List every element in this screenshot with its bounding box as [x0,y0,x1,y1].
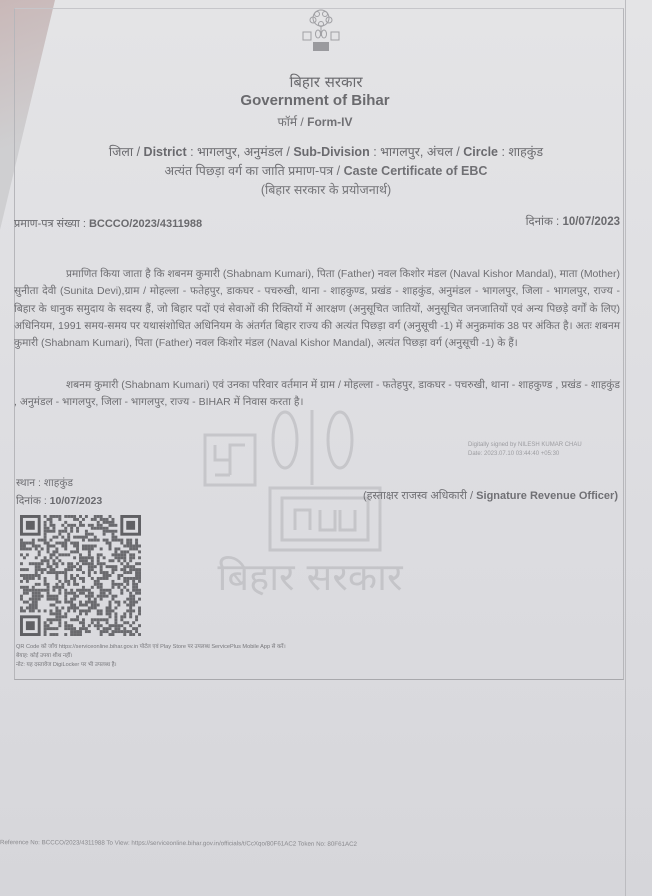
certificate-title-english: Caste Certificate of EBC [344,164,488,178]
form-label-english: Form-IV [307,115,352,129]
signature-caption-english: Signature Revenue Officer) [476,490,618,502]
qr-code-icon[interactable] [20,515,141,636]
qr-note-fee: बेयाह: कोई उपया शीथ नहीं। [16,652,286,661]
bihar-govt-emblem-icon [291,8,351,54]
watermark-text: बिहार सरकार [218,555,404,599]
qr-note-digilocker: नोट: यह दस्तावेज DigiLocker पर भी उपलब्ध… [16,661,286,670]
qr-note-verify: QR Code को जाँच https://serviceonline.bi… [16,643,286,652]
issue-date-value: 10/07/2023 [562,216,620,228]
signature-caption-hindi: (हस्ताक्षर राजस्व अधिकारी / [363,490,473,502]
district-label: District [144,145,187,159]
certification-paragraph: प्रमाणित किया जाता है कि शबनम कुमारी (Sh… [14,266,620,352]
circle-label: Circle [463,145,498,159]
certificate-number-label: प्रमाण-पत्र संख्या : [14,218,86,230]
certificate-number-value: BCCCO/2023/4311988 [89,218,202,230]
digital-signature-signer: Digitally signed by NILESH KUMAR CHAU [468,441,582,450]
certificate-number: प्रमाण-पत्र संख्या : BCCCO/2023/4311988 [14,216,202,231]
district-line: जिला / District : भागलपुर, अनुमंडल / Sub… [0,143,652,160]
bihar-watermark-emblem-icon: बिहार सरकार [190,410,430,600]
residence-paragraph: शबनम कुमारी (Shabnam Kumari) एवं उनका पर… [14,377,620,412]
circle-value: : शाहकुंड [501,145,543,159]
footer-date-label: दिनांक : [16,495,47,507]
place-value: शाहकुंड [44,477,73,489]
signature-caption: (हस्ताक्षर राजस्व अधिकारी / Signature Re… [363,488,618,503]
issue-date: दिनांक : 10/07/2023 [526,214,620,229]
header-title-english: Government of Bihar [0,92,630,109]
place-label: स्थान : [16,477,41,489]
form-number: फॉर्म / Form-IV [0,113,630,130]
footer-date-field: दिनांक : 10/07/2023 [16,494,102,508]
issue-date-label: दिनांक : [526,216,560,228]
certificate-title-hindi: अत्यंत पिछड़ा वर्ग का जाति प्रमाण-पत्र / [165,164,341,178]
qr-notes: QR Code को जाँच https://serviceonline.bi… [16,643,286,670]
place-field: स्थान : शाहकुंड [16,476,73,490]
paper-edge [625,0,626,896]
digital-signature-date: Date: 2023.07.10 03:44:40 +05:30 [468,450,582,459]
digital-signature-stamp: Digitally signed by NILESH KUMAR CHAU Da… [468,441,582,459]
district-label-hindi: जिला / [109,145,140,159]
certificate-title: अत्यंत पिछड़ा वर्ग का जाति प्रमाण-पत्र /… [0,162,652,179]
certificate-purpose: (बिहार सरकार के प्रयोजनार्थ) [0,181,652,198]
subdivision-label: Sub-Division [293,145,369,159]
subdivision-value: : भागलपुर, अंचल / [373,145,460,159]
district-value: : भागलपुर, अनुमंडल / [190,145,290,159]
form-label-hindi: फॉर्म / [278,115,304,129]
header-title-hindi: बिहार सरकार [0,72,652,92]
footer-date-value: 10/07/2023 [50,495,103,507]
